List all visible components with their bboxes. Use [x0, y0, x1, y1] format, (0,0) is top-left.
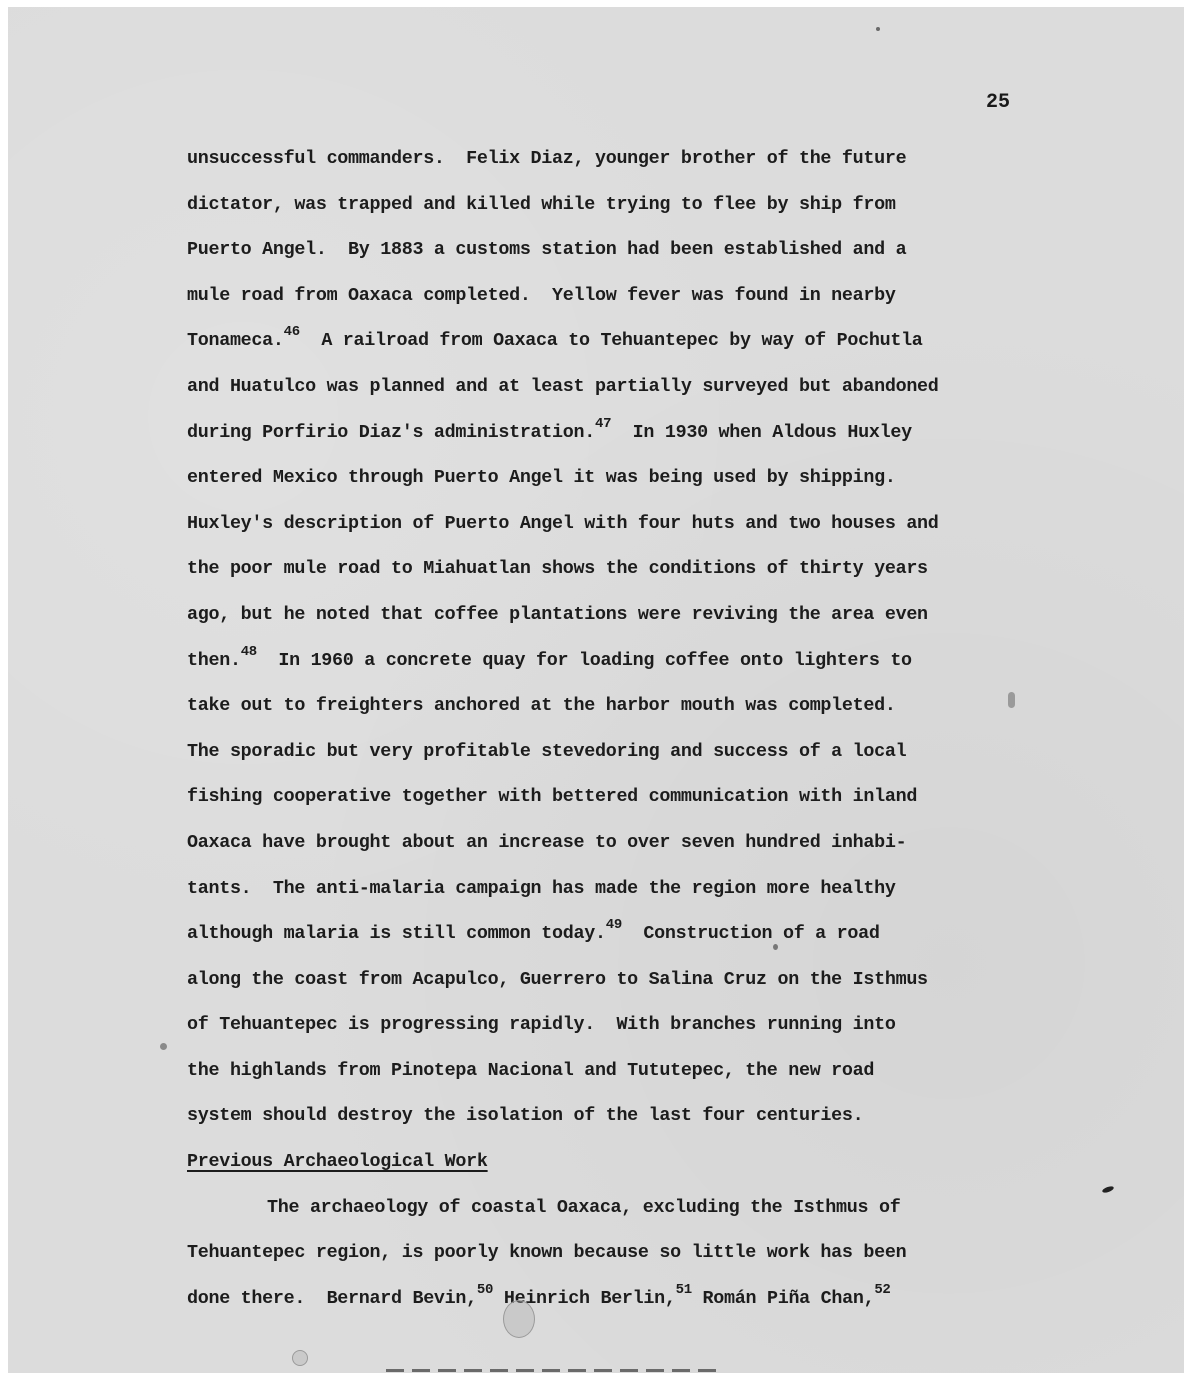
text-line: the highlands from Pinotepa Nacional and…: [187, 1056, 1007, 1102]
text-line: mule road from Oaxaca completed. Yellow …: [187, 281, 1007, 327]
page-number: 25: [986, 91, 1010, 114]
text-line: Oaxaca have brought about an increase to…: [187, 828, 1007, 874]
line-text: Román Piña Chan,: [692, 1288, 875, 1309]
text-line: and Huatulco was planned and at least pa…: [187, 372, 1007, 418]
line-text: although malaria is still common today.: [187, 923, 606, 944]
text-line: fishing cooperative together with better…: [187, 782, 1007, 828]
line-text: Tonameca.: [187, 330, 284, 351]
footnote-ref: 50: [477, 1282, 493, 1298]
text-line: of Tehuantepec is progressing rapidly. W…: [187, 1010, 1007, 1056]
line-text: during Porfirio Diaz's administration.: [187, 422, 595, 443]
line-text: the highlands from Pinotepa Nacional and…: [187, 1060, 874, 1081]
text-line: system should destroy the isolation of t…: [187, 1101, 1007, 1147]
line-text: done there. Bernard Bevin,: [187, 1288, 477, 1309]
line-text: In 1930 when Aldous Huxley: [611, 422, 912, 443]
line-text: Huxley's description of Puerto Angel wit…: [187, 513, 939, 534]
text-line: dictator, was trapped and killed while t…: [187, 190, 1007, 236]
line-text: The archaeology of coastal Oaxaca, exclu…: [267, 1197, 900, 1218]
scan-smudge: [292, 1350, 308, 1366]
footnote-ref: 46: [284, 324, 300, 340]
text-line: then.48 In 1960 a concrete quay for load…: [187, 646, 1007, 692]
footnote-ref: 49: [606, 917, 622, 933]
line-text: A railroad from Oaxaca to Tehuantepec by…: [300, 330, 923, 351]
text-line: take out to freighters anchored at the h…: [187, 691, 1007, 737]
scan-dash-mark: [386, 1369, 716, 1372]
text-line: unsuccessful commanders. Felix Diaz, you…: [187, 144, 1007, 190]
section-heading: Previous Archaeological Work: [187, 1151, 488, 1172]
line-text: system should destroy the isolation of t…: [187, 1105, 863, 1126]
text-line: Huxley's description of Puerto Angel wit…: [187, 509, 1007, 555]
section-heading-line: Previous Archaeological Work: [187, 1147, 1007, 1193]
line-text: then.: [187, 650, 241, 671]
text-line: during Porfirio Diaz's administration.47…: [187, 418, 1007, 464]
line-text: entered Mexico through Puerto Angel it w…: [187, 467, 896, 488]
scan-speck: [1102, 1185, 1115, 1194]
text-line: Puerto Angel. By 1883 a customs station …: [187, 235, 1007, 281]
scan-smudge: [503, 1300, 535, 1338]
scan-speck: [1008, 692, 1015, 708]
text-line: although malaria is still common today.4…: [187, 919, 1007, 965]
line-text: Puerto Angel. By 1883 a customs station …: [187, 239, 906, 260]
text-line: The archaeology of coastal Oaxaca, exclu…: [187, 1193, 1007, 1239]
line-text: the poor mule road to Miahuatlan shows t…: [187, 558, 928, 579]
text-line: The sporadic but very profitable stevedo…: [187, 737, 1007, 783]
scan-speck: [876, 27, 880, 31]
line-text: In 1960 a concrete quay for loading coff…: [257, 650, 912, 671]
line-text: of Tehuantepec is progressing rapidly. W…: [187, 1014, 896, 1035]
text-line: Tehuantepec region, is poorly known beca…: [187, 1238, 1007, 1284]
footnote-ref: 47: [595, 416, 611, 432]
text-line: ago, but he noted that coffee plantation…: [187, 600, 1007, 646]
line-text: unsuccessful commanders. Felix Diaz, you…: [187, 148, 906, 169]
body-text: unsuccessful commanders. Felix Diaz, you…: [187, 144, 1007, 1329]
line-text: dictator, was trapped and killed while t…: [187, 194, 896, 215]
line-text: mule road from Oaxaca completed. Yellow …: [187, 285, 896, 306]
line-text: Tehuantepec region, is poorly known beca…: [187, 1242, 906, 1263]
text-line: entered Mexico through Puerto Angel it w…: [187, 463, 1007, 509]
line-text: take out to freighters anchored at the h…: [187, 695, 896, 716]
scan-speck: [160, 1043, 167, 1050]
scan-speck: [773, 944, 778, 950]
line-text: The sporadic but very profitable stevedo…: [187, 741, 906, 762]
line-text: Construction of a road: [622, 923, 880, 944]
text-line: the poor mule road to Miahuatlan shows t…: [187, 554, 1007, 600]
text-line: Tonameca.46 A railroad from Oaxaca to Te…: [187, 326, 1007, 372]
line-text: tants. The anti-malaria campaign has mad…: [187, 878, 896, 899]
footnote-ref: 48: [241, 644, 257, 660]
scanned-page: 25 unsuccessful commanders. Felix Diaz, …: [8, 7, 1184, 1373]
text-line: done there. Bernard Bevin,50 Heinrich Be…: [187, 1284, 1007, 1330]
line-text: fishing cooperative together with better…: [187, 786, 917, 807]
text-line: along the coast from Acapulco, Guerrero …: [187, 965, 1007, 1011]
line-text: Oaxaca have brought about an increase to…: [187, 832, 906, 853]
line-text: ago, but he noted that coffee plantation…: [187, 604, 928, 625]
text-line: tants. The anti-malaria campaign has mad…: [187, 874, 1007, 920]
line-text: and Huatulco was planned and at least pa…: [187, 376, 939, 397]
line-text: along the coast from Acapulco, Guerrero …: [187, 969, 928, 990]
footnote-ref: 52: [874, 1282, 890, 1298]
footnote-ref: 51: [676, 1282, 692, 1298]
